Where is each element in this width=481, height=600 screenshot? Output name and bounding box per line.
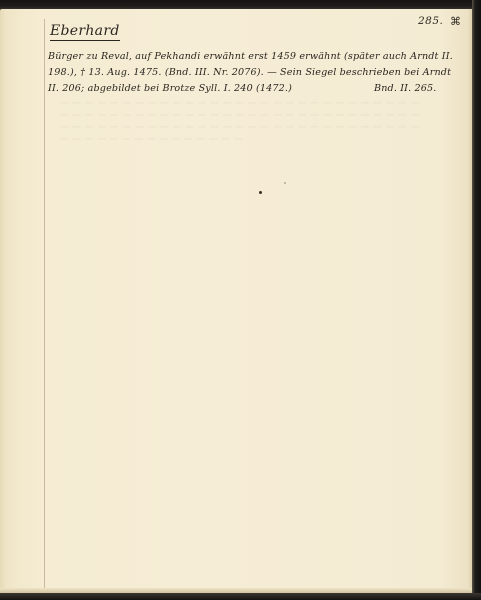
entry-line-2: 198.), † 13. Aug. 1475. (Bnd. III. Nr. 2… (48, 65, 470, 81)
page-heading: Eberhard (50, 23, 120, 41)
margin-line (44, 19, 45, 600)
page-number: 285. (418, 15, 443, 27)
entry-line-1: Bürger zu Reval, auf Pekhandi erwähnt er… (48, 49, 470, 65)
bleed-through-text: — — — — — — — — — — — — — — — — — — — — … (60, 97, 420, 145)
scanned-document: — — — — — — — — — — — — — — — — — — — — … (0, 0, 481, 600)
entry-line-3-text: II. 206; abgebildet bei Brotze Syll. I. … (48, 83, 292, 94)
entry-line-3: II. 206; abgebildet bei Brotze Syll. I. … (48, 81, 470, 97)
scan-bottom-edge (0, 593, 481, 600)
scan-right-edge (472, 0, 481, 600)
paper-speck (284, 182, 286, 184)
document-page: — — — — — — — — — — — — — — — — — — — — … (0, 9, 473, 594)
entry-reference: Bnd. II. 265. (374, 81, 436, 97)
page-mark-icon: ⌘ (450, 15, 461, 28)
handwritten-entry: Bürger zu Reval, auf Pekhandi erwähnt er… (48, 49, 470, 97)
ink-dot (259, 191, 262, 194)
